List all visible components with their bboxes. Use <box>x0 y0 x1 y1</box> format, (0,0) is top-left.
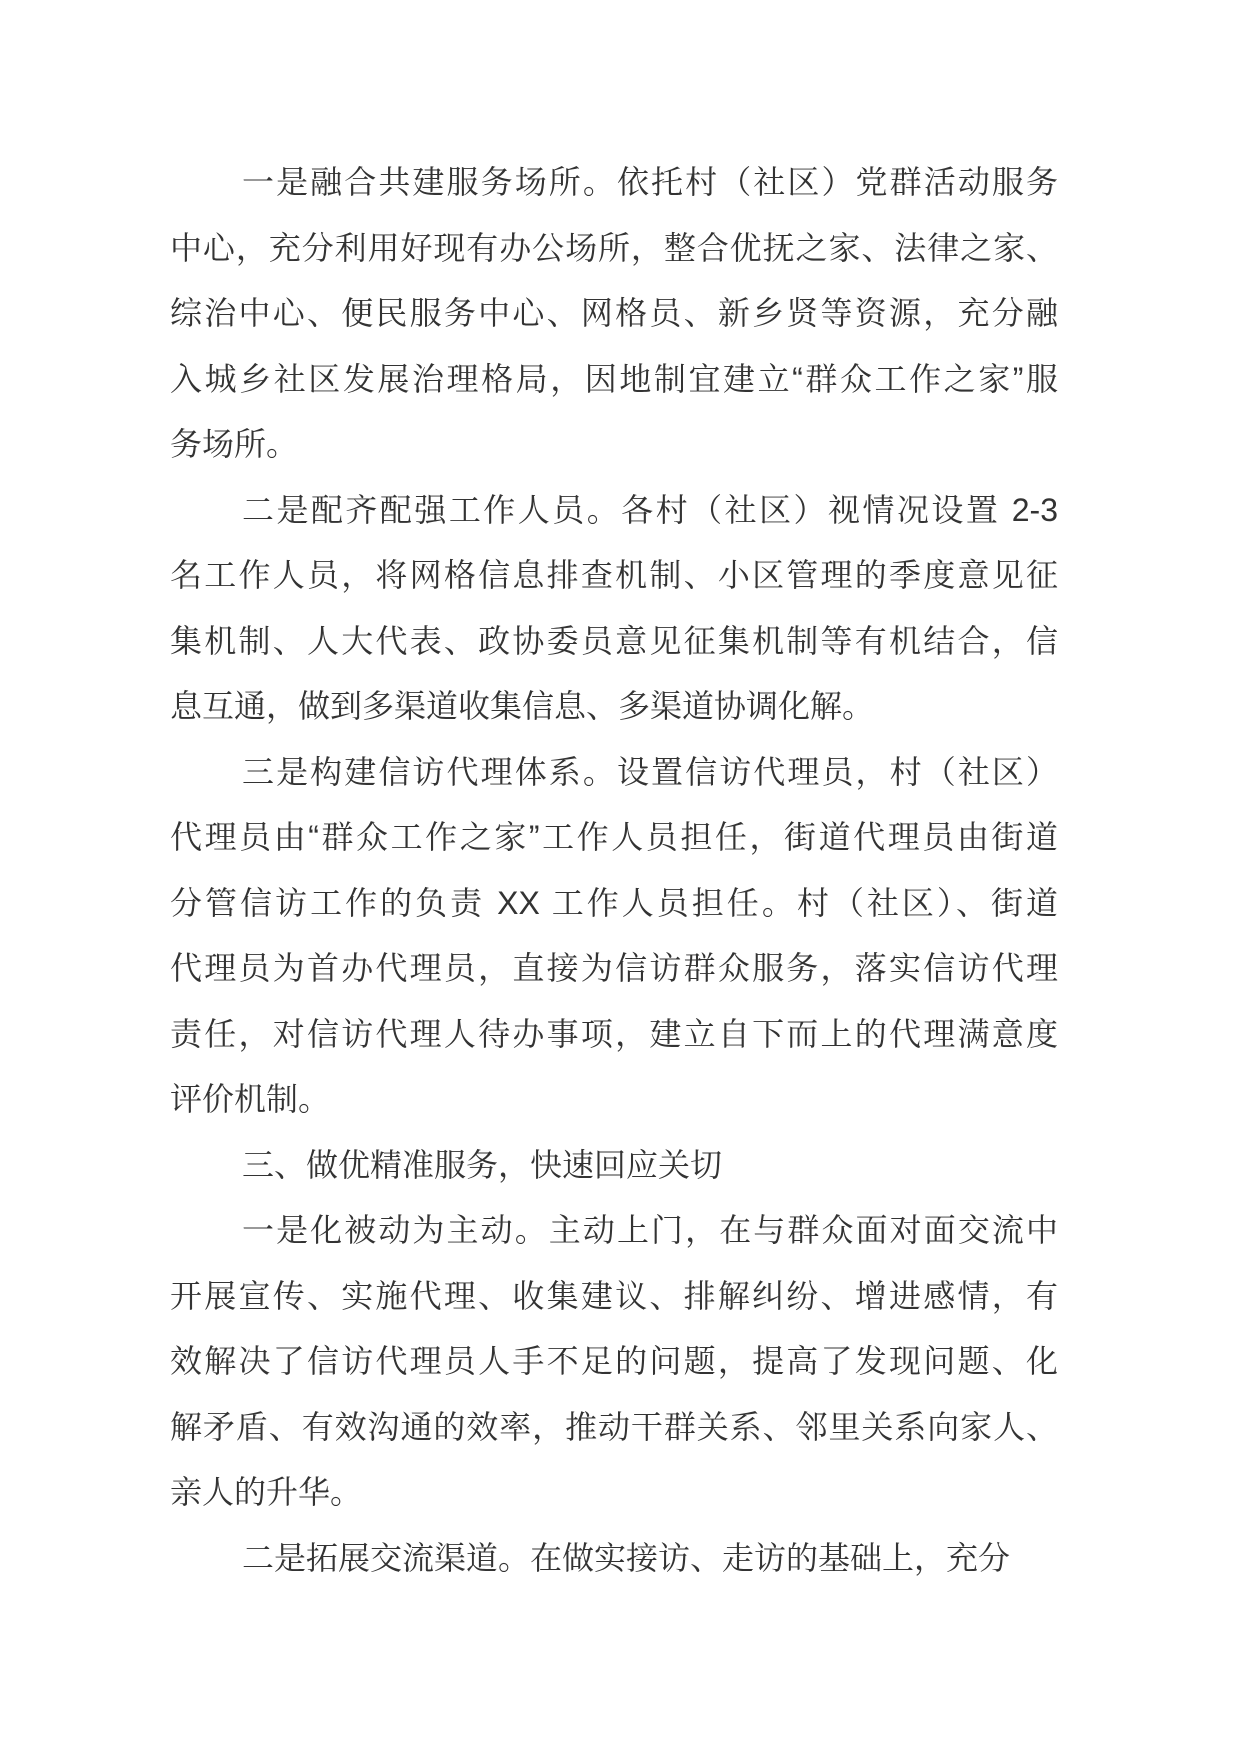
text-line: 一是化被动为主动。主动上门，在与群众面对面交流中 <box>170 1198 1058 1264</box>
section-heading: 三、做优精准服务，快速回应关切 <box>170 1133 1058 1199</box>
paragraph: 二是拓展交流渠道。在做实接访、走访的基础上，充分 <box>170 1526 1058 1592</box>
text-line: 务场所。 <box>170 412 1058 478</box>
text-line: 二是拓展交流渠道。在做实接访、走访的基础上，充分 <box>170 1526 1058 1592</box>
text-line: 名工作人员，将网格信息排查机制、小区管理的季度意见征 <box>170 543 1058 609</box>
text-line: 集机制、人大代表、政协委员意见征集机制等有机结合，信 <box>170 609 1058 675</box>
text-line: 综治中心、便民服务中心、网格员、新乡贤等资源，充分融 <box>170 281 1058 347</box>
text-line: 评价机制。 <box>170 1067 1058 1133</box>
text-line: 解矛盾、有效沟通的效率，推动干群关系、邻里关系向家人、 <box>170 1395 1058 1461</box>
text-line: 分管信访工作的负责 XX 工作人员担任。村（社区）、街道 <box>170 871 1058 937</box>
text-line: 三是构建信访代理体系。设置信访代理员，村（社区） <box>170 740 1058 806</box>
paragraph: 二是配齐配强工作人员。各村（社区）视情况设置 2-3名工作人员，将网格信息排查机… <box>170 478 1058 740</box>
text-line: 代理员由“群众工作之家”工作人员担任，街道代理员由街道 <box>170 805 1058 871</box>
text-line: 入城乡社区发展治理格局，因地制宜建立“群众工作之家”服 <box>170 347 1058 413</box>
text-line: 二是配齐配强工作人员。各村（社区）视情况设置 2-3 <box>170 478 1058 544</box>
paragraph: 一是化被动为主动。主动上门，在与群众面对面交流中开展宣传、实施代理、收集建议、排… <box>170 1198 1058 1526</box>
text-line: 亲人的升华。 <box>170 1460 1058 1526</box>
paragraph: 三是构建信访代理体系。设置信访代理员，村（社区）代理员由“群众工作之家”工作人员… <box>170 740 1058 1133</box>
document-body: 一是融合共建服务场所。依托村（社区）党群活动服务中心，充分利用好现有办公场所，整… <box>170 150 1058 1591</box>
text-line: 责任，对信访代理人待办事项，建立自下而上的代理满意度 <box>170 1002 1058 1068</box>
text-line: 息互通，做到多渠道收集信息、多渠道协调化解。 <box>170 674 1058 740</box>
text-line: 一是融合共建服务场所。依托村（社区）党群活动服务 <box>170 150 1058 216</box>
text-line: 中心，充分利用好现有办公场所，整合优抚之家、法律之家、 <box>170 216 1058 282</box>
text-line: 代理员为首办代理员，直接为信访群众服务，落实信访代理 <box>170 936 1058 1002</box>
heading-line: 三、做优精准服务，快速回应关切 <box>170 1133 1058 1199</box>
text-line: 开展宣传、实施代理、收集建议、排解纠纷、增进感情，有 <box>170 1264 1058 1330</box>
document-page: 一是融合共建服务场所。依托村（社区）党群活动服务中心，充分利用好现有办公场所，整… <box>0 0 1241 1755</box>
text-line: 效解决了信访代理员人手不足的问题，提高了发现问题、化 <box>170 1329 1058 1395</box>
paragraph: 一是融合共建服务场所。依托村（社区）党群活动服务中心，充分利用好现有办公场所，整… <box>170 150 1058 478</box>
